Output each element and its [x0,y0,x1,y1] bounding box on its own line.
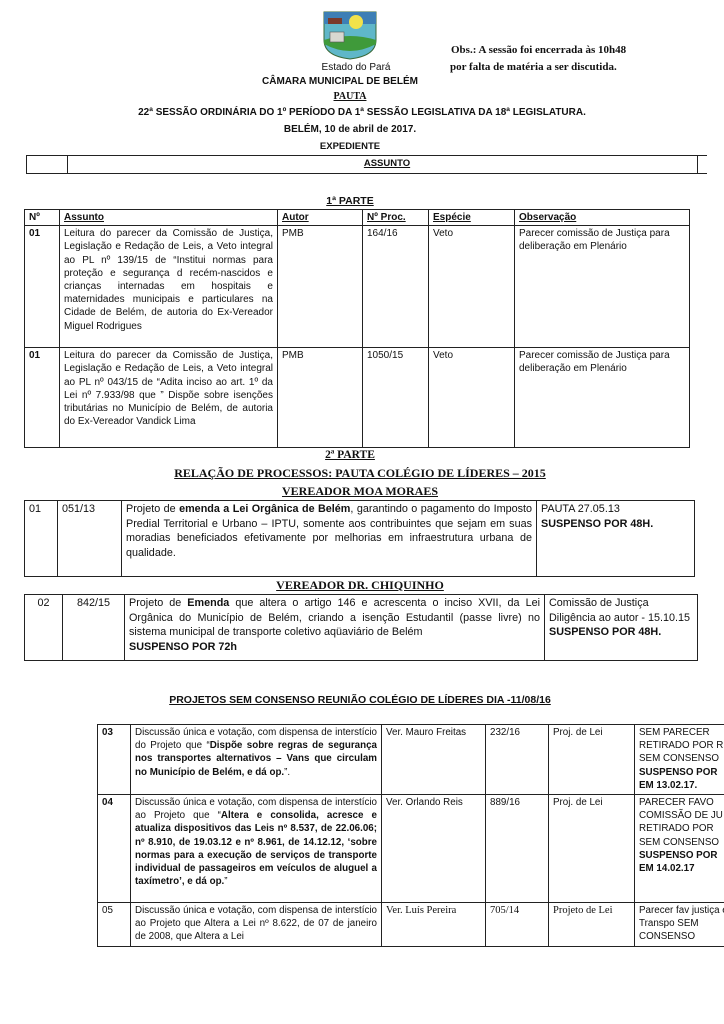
col-num: Nº [25,210,60,226]
city-coat-of-arms-icon [318,10,382,60]
sem-consenso-table: 03 Discussão única e votação, com dispen… [97,724,724,947]
col-observacao: Observação [515,210,690,226]
table-row: 01 051/13 Projeto de emenda a Lei Orgâni… [25,501,695,577]
table-row: 05 Discussão única e votação, com dispen… [98,903,724,947]
table-row: 02 842/15 Projeto de Emenda que altera o… [25,595,698,661]
expediente-table: ASSUNTO [26,155,707,174]
col-proc: Nº Proc. [363,210,429,226]
col-especie: Espécie [429,210,515,226]
session-title: 22ª SESSÃO ORDINÁRIA DO 1º PERÍODO DA 1ª… [0,107,724,119]
parte1-header-row: Nº Assunto Autor Nº Proc. Espécie Observ… [25,210,690,226]
vereador-moa-moraes: VEREADOR MOA MORAES [200,484,520,499]
session-date: BELÉM, 10 de abril de 2017. [250,124,450,136]
col-assunto: Assunto [60,210,278,226]
assunto-header: ASSUNTO [327,158,447,170]
table-row: 01 Leitura do parecer da Comissão de Jus… [25,348,690,448]
parte2-subtitle: RELAÇÃO DE PROCESSOS: PAUTA COLÉGIO DE L… [100,466,620,481]
vereador-dr-chiquinho: VEREADOR DR. CHIQUINHO [200,578,520,593]
state-name: Estado do Pará [318,62,394,74]
parte1-table: Nº Assunto Autor Nº Proc. Espécie Observ… [24,209,690,448]
parte2-table-chiquinho: 02 842/15 Projeto de Emenda que altera o… [24,594,698,661]
chamber-name: CÂMARA MUNICIPAL DE BELÉM [220,76,460,88]
session-note-line2: por falta de matéria a ser discutida. [450,61,617,73]
sem-consenso-title: PROJETOS SEM CONSENSO REUNIÃO COLÉGIO DE… [100,694,620,706]
parte2-title: 2ª PARTE [290,449,410,461]
expediente-title: EXPEDIENTE [300,141,400,153]
session-note-line1: Obs.: A sessão foi encerrada às 10h48 [451,44,626,56]
table-row: 03 Discussão única e votação, com dispen… [98,725,724,795]
table-row: 01 Leitura do parecer da Comissão de Jus… [25,226,690,348]
table-row: 04 Discussão única e votação, com dispen… [98,795,724,903]
col-autor: Autor [278,210,363,226]
parte2-table-moa: 01 051/13 Projeto de emenda a Lei Orgâni… [24,500,695,577]
parte1-title: 1ª PARTE [320,195,380,207]
pauta-title: PAUTA [330,91,370,102]
